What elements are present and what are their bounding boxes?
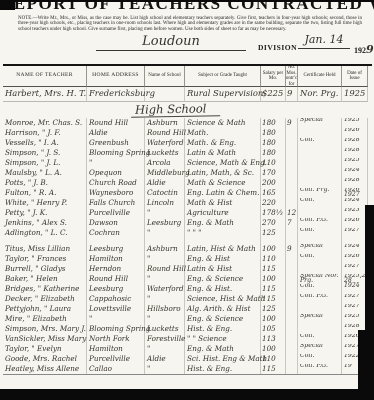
cell-months [286,228,298,238]
cell-name: White, " Henry P. [3,198,87,208]
cell-name: Bridges, " Katherine [3,284,87,294]
cell-months: 9 [286,244,298,254]
cell-address: Fredericksburg [87,87,145,102]
table-row: Simpson, " J. S.Blooming SpringLuckettsL… [3,148,372,158]
cell-certificate: Coll. P.G. [298,364,342,374]
scan-edge-corner [0,0,15,10]
cell-address: " [87,158,145,168]
cell-date: 1925 [342,158,368,168]
cell-certificate: Special [298,314,342,324]
cell-name: Maulsby, " L. A. [3,168,87,178]
table-row: Maulsby, " L. A.OpequonMiddleburgLatin, … [3,168,372,178]
year-field: 1929 [354,43,374,56]
cell-school [145,87,185,102]
cell-date: 1928 [342,138,368,148]
cell-certificate: " " [298,304,342,314]
form-note: NOTE.—Write Mr., Mrs., or Miss, as the c… [18,16,362,32]
division-label: DIVISION [258,43,297,52]
cell-certificate: Special [298,344,342,354]
cell-name: Potts, " J. B. [3,178,87,188]
cell-certificate: Coll. Prg. [298,188,342,198]
cell-subject: Eng. & Hist. [185,284,261,294]
year-printed: 192 [354,46,366,55]
cell-certificate: Special [298,118,342,128]
section-header: High School [131,101,221,118]
cell-months: 9 [286,118,298,128]
cell-subject: Eng. & Science [185,274,261,284]
cell-months [286,294,298,304]
cell-months: 12 [286,208,298,218]
cell-address: Blooming Spring [87,148,145,158]
cell-salary: 113 [261,334,286,344]
cell-certificate: Special Nor. Prg. [298,274,342,284]
cell-school: " [145,274,185,284]
cell-school: Forestville [145,334,185,344]
cell-certificate: Coll. [298,138,342,148]
cell-subject: Latin & Hist [185,264,261,274]
cell-name: Monroe, Mr. Chas. S. [3,118,87,128]
cell-certificate: Special [298,244,342,254]
table-row: White, " Henry P.Falls ChurchLincolnMath… [3,198,372,208]
cell-subject: Sci. Hist. Eng & Math [185,354,261,364]
cell-months [286,138,298,148]
table-row: Goode, Mrs. RachelPurcellvilleAldieSci. … [3,354,372,364]
cell-salary: 180 [261,148,286,158]
cell-address: Cochran [87,228,145,238]
cell-school: " [145,344,185,354]
cell-certificate: Coll. [298,354,342,364]
cell-certificate: Coll. [298,254,342,264]
cell-school: Lucketts [145,148,185,158]
cell-months [286,334,298,344]
column-header: Name of School [145,66,185,87]
table-row: Decker, " ElizabethCappahosic"Science, H… [3,294,372,304]
table-row: Jenkins, " Alex S.DawsonLeesburgEng. & M… [3,218,372,228]
cell-address: Purcellville [87,208,145,218]
cell-school: Catoctin [145,188,185,198]
cell-subject: Latin & Math [185,148,261,158]
cell-months [286,188,298,198]
cell-date: 1925 [342,118,368,128]
cell-certificate: Coll. [298,198,342,208]
cell-subject: Alg. Arith. & Hist [185,304,261,314]
cell-salary: 110 [261,254,286,264]
cell-date: 1926 1927 [342,188,368,198]
table-row: Burrell, " GladysHerndonRound HillLatin … [3,264,372,274]
cell-date: 1926 [342,128,368,138]
cell-salary: 110 [261,354,286,364]
cell-certificate: " [298,264,342,274]
cell-subject: Science, Hist & Math [185,294,261,304]
cell-school: " [145,314,185,324]
table-row: Simpson, " J. L."ArcolaScience, Math & E… [3,158,372,168]
cell-certificate: Coll. [298,334,342,344]
cell-salary: 220 [261,198,286,208]
cell-school: Round Hill [145,264,185,274]
cell-salary: 100 [261,344,286,354]
cell-subject: Latin, Math, & Sc. [185,168,261,178]
cell-months [286,148,298,158]
table-row: Pettyjohn, " LauraLovettsvilleHillsboroA… [3,304,372,314]
cell-address: Hamilton [87,344,145,354]
cell-subject: " " " [185,228,261,238]
cell-months: 7 [286,218,298,228]
cell-salary: 125 [261,228,286,238]
cell-months [286,158,298,168]
cell-certificate: " [298,178,342,188]
table-row: Simpson, Mrs. Mary J.Blooming SpringLuck… [3,324,372,334]
cell-months [286,264,298,274]
cell-date: 1928 [342,148,368,158]
cell-certificate: " [298,128,342,138]
cell-months [286,304,298,314]
cell-salary: 105 [261,324,286,334]
cell-school: Aldie [145,178,185,188]
cell-subject: Eng. & Science [185,314,261,324]
cell-name: Harrison, " J. F. [3,128,87,138]
cell-subject: Eng. & Math [185,218,261,228]
cell-name: VanSickler, Miss Mary [3,334,87,344]
cell-months [286,314,298,324]
cell-certificate: " [298,324,342,334]
table-row: Baker, " HelenRound Hill"Eng. & Science1… [3,274,372,284]
column-header: NAME OF TEACHER [3,66,87,87]
cell-months [286,284,298,294]
cell-date: 1928 [342,178,368,188]
cell-certificate: Coll. P.G. [298,294,342,304]
cell-address: Falls Church [87,198,145,208]
column-header: Salary per Mo. [261,66,286,87]
cell-school: Aldie [145,354,185,364]
division-name-handwritten: Loudoun [96,34,246,51]
cell-salary: 270 [261,218,286,228]
section-header-row: High School [3,102,372,118]
cell-salary: 180 [261,128,286,138]
cell-name: Vessells, " I. A. [3,138,87,148]
cell-school: Ashburn [145,244,185,254]
scan-edge-top [0,0,374,2]
column-header: Certificate Held [298,66,342,87]
cell-address: Cappahosic [87,294,145,304]
cell-salary: 125 [261,304,286,314]
cell-address: Blooming Spring [87,324,145,334]
table-row: Harrison, " J. F.AldieRound HillMath.180… [3,128,372,138]
supervisor-row: Harbert, Mrs. H. T. Fredericksburg Rural… [3,87,372,102]
cell-certificate: Coll. P.G. [298,218,342,228]
cell-address: Leesburg [87,244,145,254]
table-row: Vessells, " I. A.GreenbushWaterfordMath.… [3,138,372,148]
cell-name: Jenkins, " Alex S. [3,218,87,228]
teachers-table: NAME OF TEACHERHOME ADDRESSName of Schoo… [3,64,372,375]
cell-address: Herndon [87,264,145,274]
cell-salary: 170 [261,168,286,178]
cell-salary: $225 [261,87,286,102]
cell-months [286,344,298,354]
cell-subject: Eng. & Hist [185,254,261,264]
table-row: Adlington, " L. C.Cochran"" " "125Coll.1… [3,228,372,238]
cell-subject: Eng. & Math [185,344,261,354]
cell-name: Simpson, Mrs. Mary J. [3,324,87,334]
cell-address: Aldie [87,128,145,138]
cell-address: Opequon [87,168,145,178]
table-row: Bridges, " KatherineLeesburgWaterfordEng… [3,284,372,294]
cell-name: Taylor, " Evelyn [3,344,87,354]
cell-months [286,168,298,178]
cell-months [286,128,298,138]
cell-name: Adlington, " L. C. [3,228,87,238]
cell-school: Waterford [145,138,185,148]
cell-address: Lovettsville [87,304,145,314]
cell-salary: 100 [261,244,286,254]
cell-salary: 100 [261,274,286,284]
cell-address: Round Hill [87,118,145,128]
cell-name: Titus, Miss Lillian [3,244,87,254]
cell-address: Leesburg [87,284,145,294]
cell-date: 1924 [342,168,368,178]
cell-school: " [145,228,185,238]
cell-school: Round Hill [145,128,185,138]
cell-name: Harbert, Mrs. H. T. [3,87,87,102]
cell-address: " [87,314,145,324]
cell-months: 9 [286,87,298,102]
cell-salary: 115 [261,364,286,374]
column-header: Date of Issue [342,66,368,87]
cell-salary: 180 [261,138,286,148]
table-row: Monroe, Mr. Chas. S.Round HillAshburnSci… [3,118,372,128]
cell-school: Leesburg [145,218,185,228]
column-header: HOME ADDRESS [87,66,145,87]
cell-certificate: " [298,158,342,168]
cell-date: 1925 [342,87,368,102]
cell-months [286,354,298,364]
cell-name: Goode, Mrs. Rachel [3,354,87,364]
cell-certificate: Coll. [298,284,342,294]
cell-salary: 110 [261,158,286,168]
cell-salary: 200 [261,178,286,188]
table-row: Titus, Miss LillianLeesburgAshburnLatin,… [3,244,372,254]
cell-subject: Math. & Eng. [185,138,261,148]
cell-school: " [145,364,185,374]
cell-certificate: Nor. Prg. [298,87,342,102]
cell-address: Waynesboro [87,188,145,198]
cell-subject: Math & Science [185,178,261,188]
cell-subject: Hist. & Eng. [185,364,261,374]
column-header: Subject or Grade Taught [185,66,261,87]
cell-salary: 180 [261,118,286,128]
cell-certificate: Coll. [298,228,342,238]
cell-school: Ashburn [145,118,185,128]
table-row: Petty, " J. K.Purcellville"Agriculture17… [3,208,372,218]
cell-months [286,254,298,264]
cell-name: Simpson, " J. L. [3,158,87,168]
scanned-document-page: REPORT OF TEACHERS CONTRACTED WITH NOTE.… [0,2,374,400]
cell-school: " [145,294,185,304]
cell-address: North Fork [87,334,145,344]
cell-subject: Science & Math [185,118,261,128]
cell-subject: Hist. & Eng. [185,324,261,334]
cell-school: Hillsboro [145,304,185,314]
table-row: Mire, " Elizabeth""Eng. & Science100Spec… [3,314,372,324]
cell-salary: 115 [261,264,286,274]
cell-address: Church Road [87,178,145,188]
cell-school: Arcola [145,158,185,168]
cell-certificate: " [298,208,342,218]
cell-months [286,198,298,208]
cell-name: Pettyjohn, " Laura [3,304,87,314]
table-row: VanSickler, Miss MaryNorth ForkForestvil… [3,334,372,344]
cell-name: Fulton, " R. A. [3,188,87,198]
cell-months [286,364,298,374]
cell-name: Taylor, " Frances [3,254,87,264]
cell-subject: Math & Hist [185,198,261,208]
cell-months [286,274,298,284]
cell-address: Callao [87,364,145,374]
cell-address: Greenbush [87,138,145,148]
cell-subject: Science, Math & Eng. [185,158,261,168]
table-row: Potts, " J. B.Church RoadAldieMath & Sci… [3,178,372,188]
cell-school: Lincoln [145,198,185,208]
cell-certificate: " [298,168,342,178]
cell-name: Decker, " Elizabeth [3,294,87,304]
cell-name: Baker, " Helen [3,274,87,284]
cell-name: Petty, " J. K. [3,208,87,218]
cell-school: Middleburg [145,168,185,178]
cell-name: Burrell, " Gladys [3,264,87,274]
cell-school: " [145,254,185,264]
cell-name: Mire, " Elizabeth [3,314,87,324]
cell-months [286,324,298,334]
cell-subject: Latin, Hist & Math [185,244,261,254]
table-row: Fulton, " R. A.WaynesboroCatoctinEng. La… [3,188,372,198]
cell-address: Round Hill [87,274,145,284]
scan-edge-bottom [0,389,374,400]
form-title-clip: REPORT OF TEACHERS CONTRACTED WITH [0,2,374,15]
cell-address: Hamilton [87,254,145,264]
table-body: Monroe, Mr. Chas. S.Round HillAshburnSci… [3,118,372,374]
cell-subject: Math. [185,128,261,138]
column-header: No. Mos. Contr'c'd for [286,66,298,87]
table-row: Taylor, " FrancesHamilton"Eng. & Hist110… [3,254,372,264]
cell-salary: 165 [261,188,286,198]
cell-subject: Eng. Latin & Chem. [185,188,261,198]
cell-salary: 100 [261,314,286,324]
table-row: Taylor, " EvelynHamilton"Eng. & Math100S… [3,344,372,354]
cell-subject: Agriculture [185,208,261,218]
cell-salary: 178⅓ [261,208,286,218]
cell-address: Purcellville [87,354,145,364]
date-handwritten: Jan. 14 [298,33,350,49]
table-row: Heatley, Miss AlleneCallao"Hist. & Eng.1… [3,364,372,374]
cell-salary: 115 [261,294,286,304]
cell-school: Lucketts [145,324,185,334]
cell-school: " [145,208,185,218]
form-title: REPORT OF TEACHERS CONTRACTED WITH [0,2,374,14]
cell-name: Heatley, Miss Allene [3,364,87,374]
cell-months [286,178,298,188]
cell-school: Waterford [145,284,185,294]
cell-certificate: " [298,148,342,158]
cell-address: Dawson [87,218,145,228]
cell-subject: Rural Supervision [185,87,261,102]
cell-name: Simpson, " J. S. [3,148,87,158]
cell-salary: 115 [261,284,286,294]
division-line: Loudoun DIVISION Jan. 14 1929 [10,34,364,60]
table-header-row: NAME OF TEACHERHOME ADDRESSName of Schoo… [3,66,372,87]
year-handwritten: 9 [366,43,374,56]
cell-subject: " " Science [185,334,261,344]
